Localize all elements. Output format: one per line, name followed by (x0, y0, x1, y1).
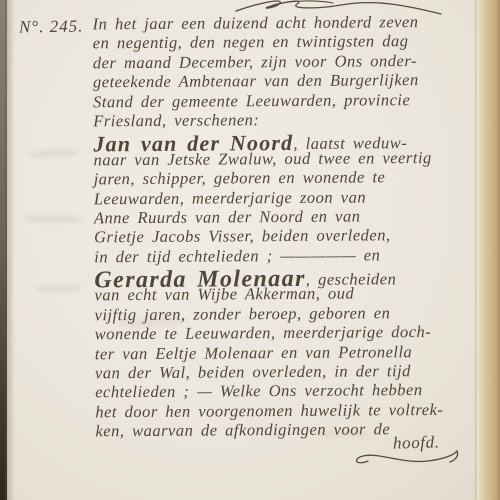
record-line: van der Wal, beiden overleden, in der ti… (95, 361, 485, 383)
record-line-groom-name: Jan van der Noord, laatst weduw- (93, 128, 483, 150)
record-line: Leeuwarden, meerderjarige zoon van (94, 186, 484, 208)
record-number: N°. 245. (19, 16, 84, 37)
record-line: Anne Ruurds van der Noord en van (94, 206, 484, 228)
record-line: wonende te Leeuwarden, meerderjarige doc… (95, 322, 485, 344)
scanned-registry-page: N°. 245. In het jaar een duizend acht ho… (0, 0, 500, 500)
record-line: vijftig jaren, zonder beroep, geboren en (95, 302, 485, 324)
record-line: ter van Eeltje Molenaar en van Petronell… (95, 341, 485, 363)
bride-name-script: Gerarda Molenaar (94, 266, 306, 293)
record-line: het door hen voorgenomen huwelijk te vol… (95, 399, 485, 421)
record-body: In het jaar een duizend acht honderd zev… (93, 12, 486, 441)
record-line: jaren, schipper, geboren en wonende te (94, 167, 484, 189)
groom-name-script: Jan van der Noord (93, 130, 293, 156)
record-line: in der tijd echtelieden ; ————— en (94, 244, 484, 266)
record-line: Friesland, verschenen: (93, 109, 483, 131)
record-line: echtelieden ; — Welke Ons verzocht hebbe… (95, 380, 485, 402)
record-line: Grietje Jacobs Visser, beiden overleden, (94, 225, 484, 247)
bleedthrough-mark (28, 149, 80, 159)
catchword-flourish-icon (350, 448, 462, 479)
page-left-edge-fade (5, 0, 15, 500)
bleedthrough-mark (36, 284, 82, 293)
record-line-bride-name: Gerarda Molenaar, gescheiden (94, 264, 484, 286)
bleedthrough-mark (24, 214, 82, 224)
